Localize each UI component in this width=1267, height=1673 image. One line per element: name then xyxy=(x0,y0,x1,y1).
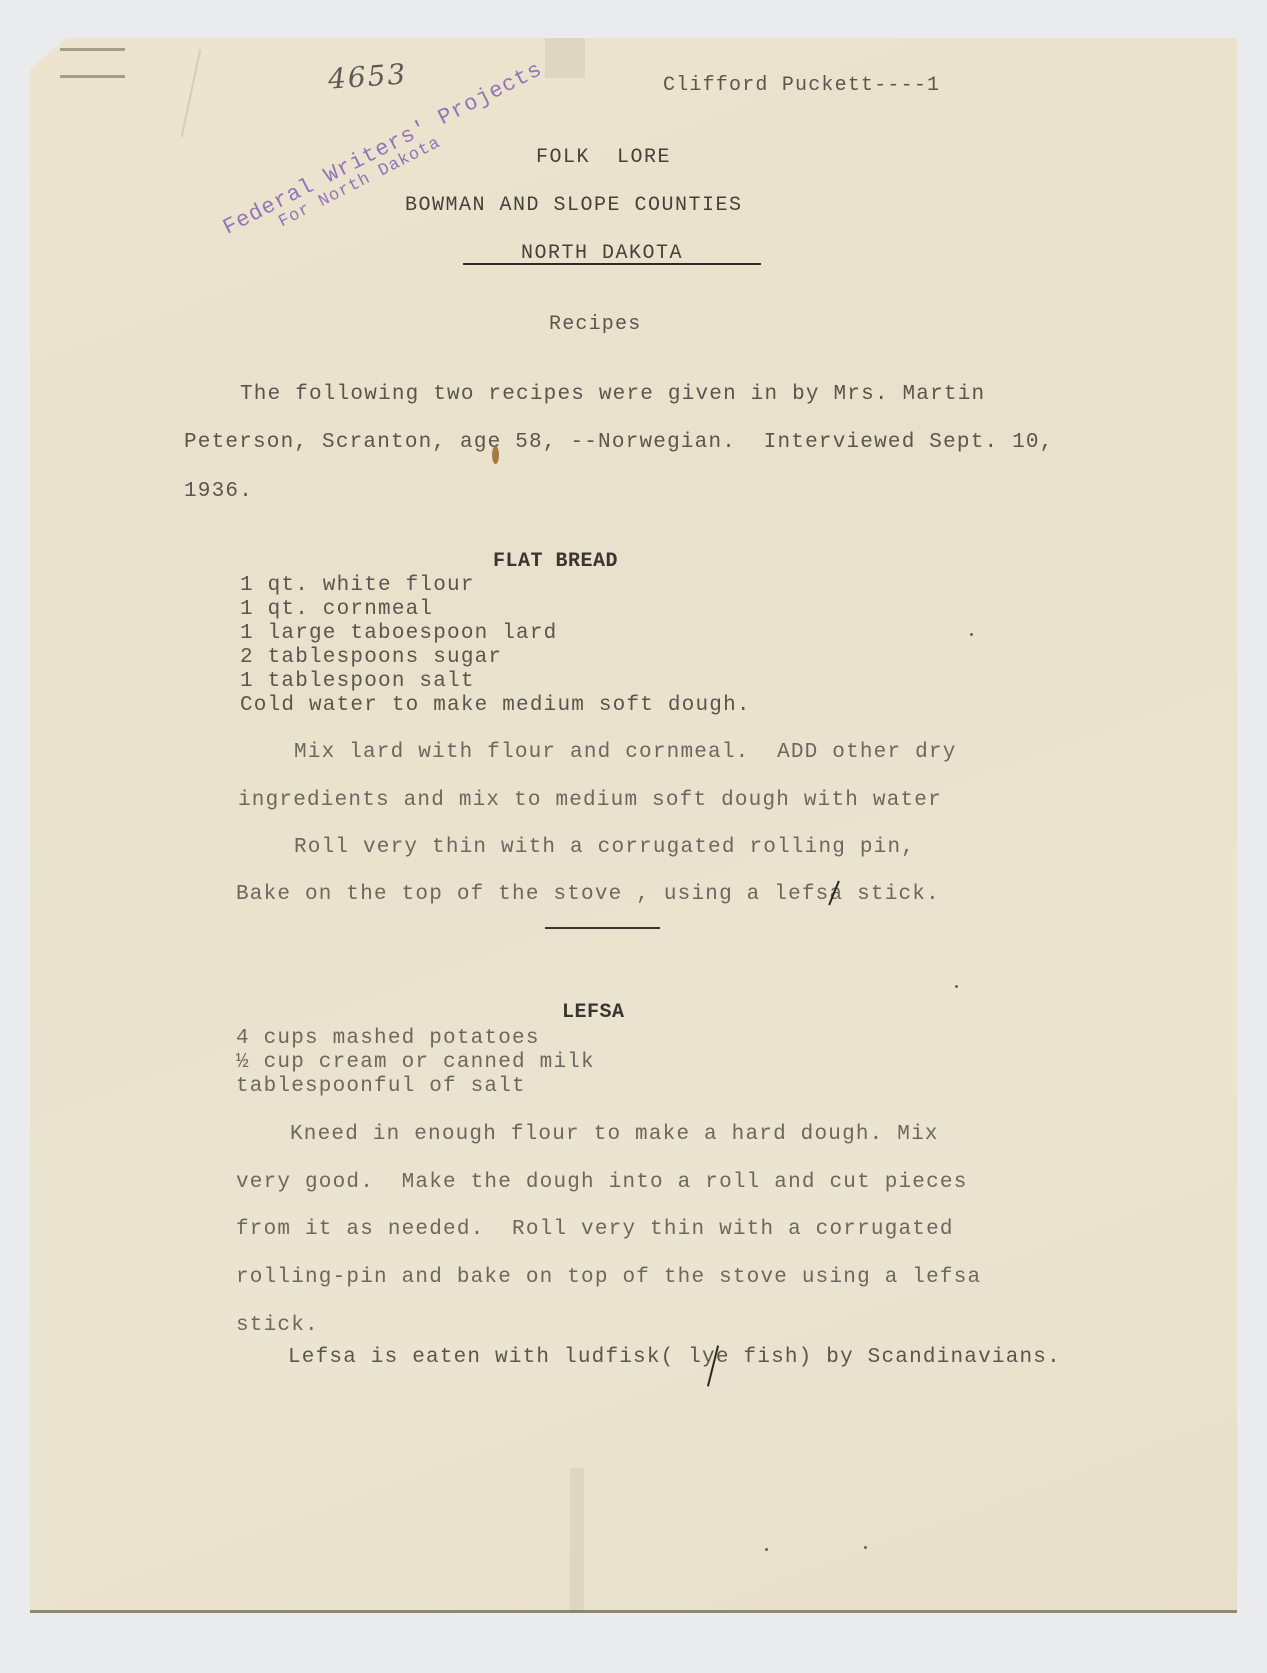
ingredient-item: tablespoonful of salt xyxy=(236,1076,526,1097)
instruction-line: very good. Make the dough into a roll an… xyxy=(236,1172,968,1193)
instruction-line: ingredients and mix to medium soft dough… xyxy=(238,790,942,811)
staple-mark xyxy=(60,48,125,51)
instruction-line: from it as needed. Roll very thin with a… xyxy=(236,1219,954,1240)
instruction-line: Mix lard with flour and cornmeal. ADD ot… xyxy=(294,742,957,763)
document-page xyxy=(30,38,1237,1613)
intro-line-1: The following two recipes were given in … xyxy=(240,384,985,405)
handwritten-archive-number: 4653 xyxy=(327,57,408,95)
recipe-title-lefsa: LEFSA xyxy=(562,1003,625,1023)
fold-crease xyxy=(570,1468,584,1613)
ingredient-item: 1 large taboespoon lard xyxy=(240,623,557,644)
instruction-line: Roll very thin with a corrugated rolling… xyxy=(294,837,915,858)
lefsa-note: Lefsa is eaten with ludfisk( lye fish) b… xyxy=(288,1347,1061,1368)
intro-line-2: Peterson, Scranton, age 58, --Norwegian.… xyxy=(184,432,1054,453)
ingredient-item: 2 tablespoons sugar xyxy=(240,647,502,668)
recipe-separator xyxy=(545,927,660,929)
ink-stain xyxy=(492,446,499,464)
title-state: NORTH DAKOTA xyxy=(521,244,683,264)
instruction-line: stick. xyxy=(236,1315,319,1336)
intro-line-3: 1936. xyxy=(184,481,253,502)
instruction-line: Kneed in enough flour to make a hard dou… xyxy=(290,1124,939,1145)
paper-speck xyxy=(955,985,958,988)
ingredient-item: Cold water to make medium soft dough. xyxy=(240,695,751,716)
title-folk-lore: FOLK LORE xyxy=(536,148,671,168)
ingredient-item: 4 cups mashed potatoes xyxy=(236,1028,540,1049)
instruction-line: rolling-pin and bake on top of the stove… xyxy=(236,1267,981,1288)
title-counties: BOWMAN AND SLOPE COUNTIES xyxy=(405,196,743,216)
paper-speck xyxy=(864,1546,867,1549)
author-page-header: Clifford Puckett----1 xyxy=(663,76,940,96)
fold-crease xyxy=(545,38,585,78)
paper-speck xyxy=(970,633,973,636)
recipe-title-flat-bread: FLAT BREAD xyxy=(493,552,618,572)
staple-mark xyxy=(60,75,125,78)
ingredient-item: 1 tablespoon salt xyxy=(240,671,475,692)
paper-speck xyxy=(765,1548,768,1551)
ingredient-item: 1 qt. white flour xyxy=(240,575,475,596)
section-title-recipes: Recipes xyxy=(549,315,641,335)
ingredient-item: 1 qt. cornmeal xyxy=(240,599,433,620)
fold-crease xyxy=(181,49,202,137)
title-underline xyxy=(463,263,761,265)
ingredient-item: ½ cup cream or canned milk xyxy=(236,1052,595,1073)
